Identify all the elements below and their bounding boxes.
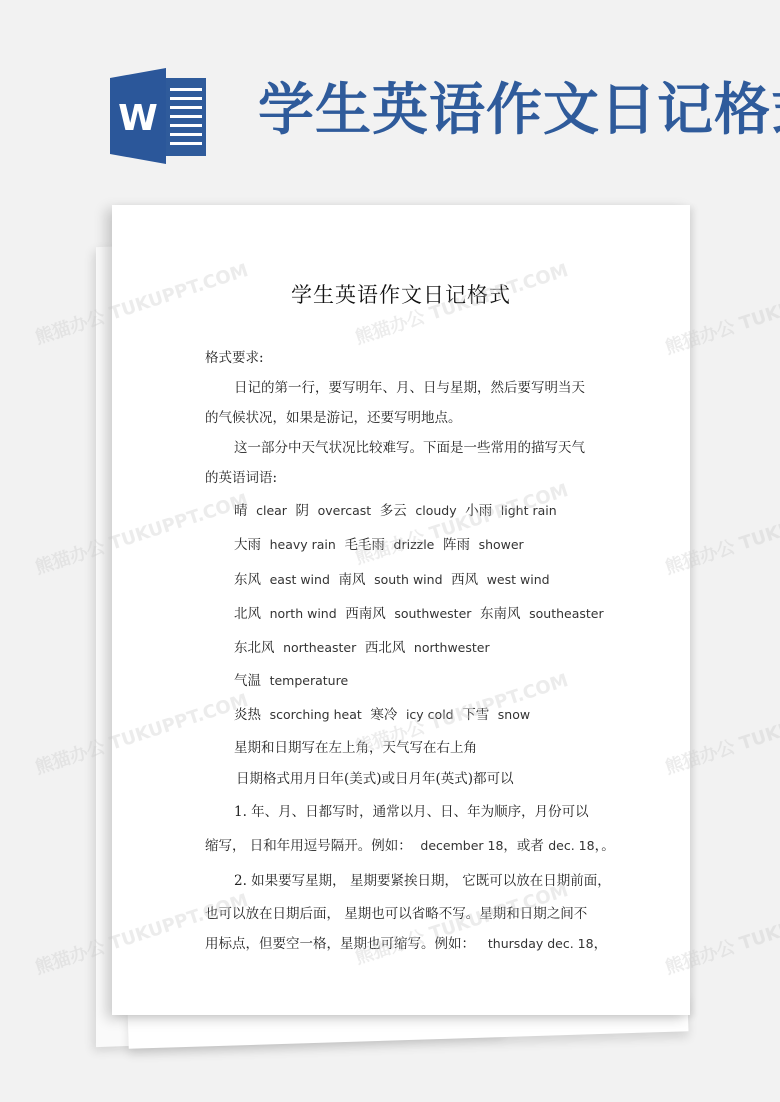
vocab-row: 东风 east wind 南风 south wind 西风 west wind	[234, 568, 550, 588]
rule-line: 缩写， 日和年用逗号隔开。例如： december 18，或者 dec. 18，…	[205, 834, 615, 854]
vocab-row: 炎热 scorching heat 寒冷 icy cold 下雪 snow	[234, 703, 530, 723]
banner: W 学生英语作文日记格式	[0, 0, 780, 190]
paragraph-line: 这一部分中天气状况比较难写。下面是一些常用的描写天气	[234, 436, 585, 456]
vocab-row: 东北风 northeaster 西北风 northwester	[234, 636, 490, 656]
svg-text:W: W	[118, 98, 158, 139]
document-page: 学生英语作文日记格式 格式要求: 日记的第一行，要写明年、月、日与星期，然后要写…	[112, 205, 690, 1015]
paragraph-line: 日记的第一行，要写明年、月、日与星期，然后要写明当天	[234, 376, 585, 396]
vocab-row: 晴 clear 阴 overcast 多云 cloudy 小雨 light ra…	[234, 499, 557, 519]
paragraph-line: 的气候状况，如果是游记，还要写明地点。	[205, 406, 462, 426]
rule-line: 1. 年、月、日都写时，通常以月、日、年为顺序，月份可以	[234, 800, 589, 820]
rule-line: 用标点，但要空一格，星期也可缩写。例如： thursday dec. 18，	[205, 932, 607, 952]
banner-title: 学生英语作文日记格式	[258, 70, 780, 150]
document-title: 学生英语作文日记格式	[112, 279, 690, 309]
vocab-row: 大雨 heavy rain 毛毛雨 drizzle 阵雨 shower	[234, 533, 524, 553]
paragraph-line: 的英语词语:	[205, 466, 277, 486]
vocab-row: 北风 north wind 西南风 southwester 东南风 southe…	[234, 602, 604, 622]
word-icon: W	[108, 68, 210, 164]
vocab-row: 气温 temperature	[234, 669, 348, 689]
note-line: 日期格式用月日年(美式)或日月年(英式)都可以	[236, 767, 514, 787]
rule-line: 也可以放在日期后面， 星期也可以省略不写。星期和日期之间不	[205, 902, 587, 922]
format-heading: 格式要求:	[205, 346, 264, 366]
rule-line: 2. 如果要写星期， 星期要紧挨日期， 它既可以放在日期前面，	[234, 869, 611, 889]
note-line: 星期和日期写在左上角，天气写在右上角	[234, 736, 477, 756]
